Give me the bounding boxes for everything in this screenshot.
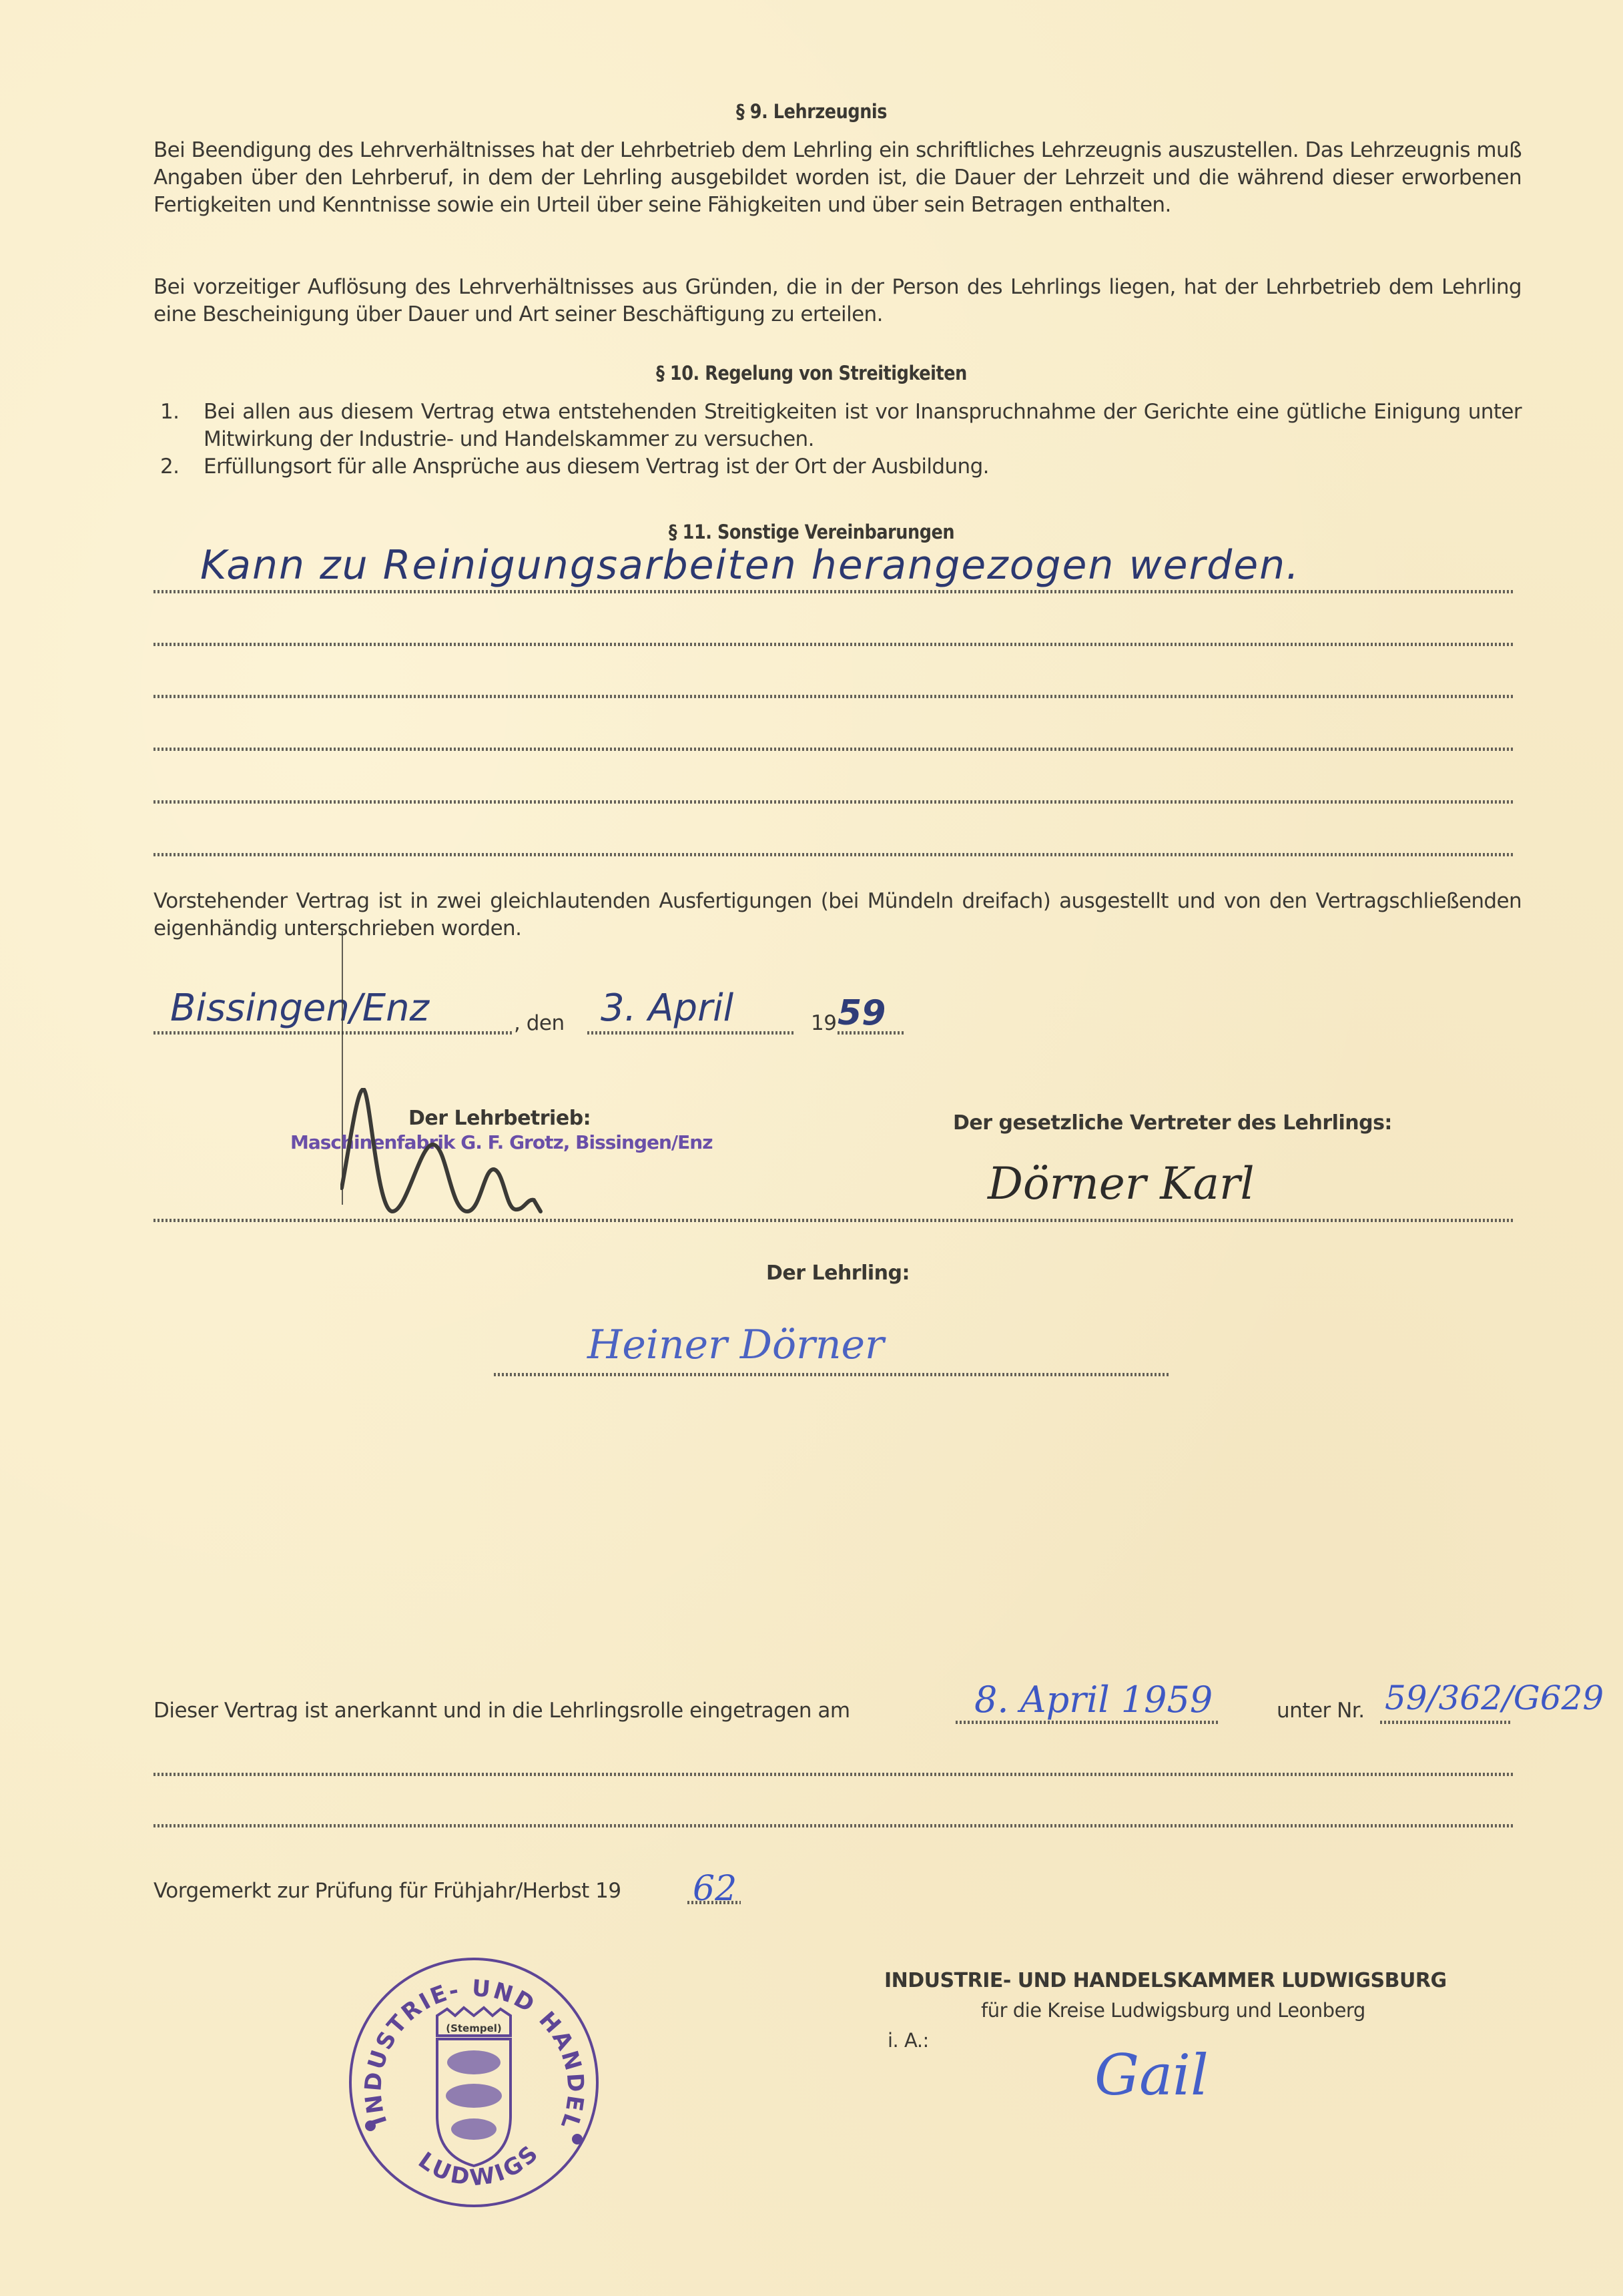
section-10-list: 1. Bei allen aus diesem Vertrag etwa ent… xyxy=(160,398,1522,481)
ia-label: i. A.: xyxy=(888,2029,929,2052)
agreement-line-1 xyxy=(153,590,1515,593)
agreement-line-2 xyxy=(153,643,1515,646)
exam-text: Vorgemerkt zur Prüfung für Frühjahr/Herb… xyxy=(153,1879,621,1903)
agreement-line-5 xyxy=(153,800,1515,804)
closing-paragraph: Vorstehender Vertrag ist in zwei gleichl… xyxy=(153,888,1522,942)
registration-date-line xyxy=(956,1721,1219,1724)
lehrling-line xyxy=(494,1373,1169,1376)
registration-number: 59/362/G629 xyxy=(1385,1679,1604,1717)
agreement-line-3 xyxy=(153,695,1515,698)
list-text: Erfüllungsort für alle Ansprüche aus die… xyxy=(204,453,1522,481)
lehrling-signature: Heiner Dörner xyxy=(587,1322,884,1368)
signature-line-1 xyxy=(153,1219,1515,1222)
section-11-heading: § 11. Sonstige Vereinbarungen xyxy=(97,521,1526,543)
agreement-line-6 xyxy=(153,853,1515,856)
list-number: 2. xyxy=(160,453,204,481)
registration-date: 8. April 1959 xyxy=(974,1679,1213,1721)
agreement-line-4 xyxy=(153,748,1515,751)
registration-text: Dieser Vertrag ist anerkannt und in die … xyxy=(153,1699,850,1723)
lehrbetrieb-signature xyxy=(340,1088,621,1221)
paragraph-text: Bei Beendigung des Lehrverhältnisses hat… xyxy=(153,137,1522,219)
date-handwritten: 3. April xyxy=(601,986,733,1030)
paragraph-text: Bei vorzeitiger Auflösung des Lehrverhäl… xyxy=(153,274,1522,328)
den-label: , den xyxy=(514,1011,565,1035)
paragraph-text: Vorstehender Vertrag ist in zwei gleichl… xyxy=(153,888,1522,942)
registration-line-3 xyxy=(153,1824,1515,1827)
lehrling-label: Der Lehrling: xyxy=(766,1261,910,1285)
vertreter-signature: Dörner Karl xyxy=(988,1158,1255,1209)
chamber-subtitle: für die Kreise Ludwigsburg und Leonberg xyxy=(981,1999,1365,2022)
seal-dot-left xyxy=(365,2120,376,2131)
date-line xyxy=(587,1031,794,1035)
seal-inner-text: (Stempel) xyxy=(446,2022,502,2034)
list-number: 1. xyxy=(160,398,204,453)
section-10-heading: § 10. Regelung von Streitigkeiten xyxy=(97,362,1526,384)
place-handwritten: Bissingen/Enz xyxy=(170,986,429,1030)
handwritten-agreement: Kann zu Reinigungsarbeiten herangezogen … xyxy=(200,542,1300,589)
nr-label: unter Nr. xyxy=(1277,1699,1365,1723)
seal-dot-right xyxy=(572,2134,583,2144)
place-line xyxy=(153,1031,514,1035)
chamber-name: INDUSTRIE- UND HANDELSKAMMER LUDWIGSBURG xyxy=(884,1969,1447,1992)
year-line xyxy=(838,1031,904,1035)
year-handwritten: 59 xyxy=(838,993,886,1033)
vertreter-label: Der gesetzliche Vertreter des Lehrlings: xyxy=(953,1111,1392,1135)
list-text: Bei allen aus diesem Vertrag etwa entste… xyxy=(204,398,1522,453)
registration-line-2 xyxy=(153,1773,1515,1776)
registration-number-line xyxy=(1380,1721,1510,1724)
year-prefix: 19 xyxy=(811,1011,836,1035)
section-9-paragraph-2: Bei vorzeitiger Auflösung des Lehrverhäl… xyxy=(153,274,1522,328)
list-item: 1. Bei allen aus diesem Vertrag etwa ent… xyxy=(160,398,1522,453)
section-9-paragraph-1: Bei Beendigung des Lehrverhältnisses hat… xyxy=(153,137,1522,219)
chamber-signature: Gail xyxy=(1094,2042,1209,2108)
section-9-heading: § 9. Lehrzeugnis xyxy=(97,100,1526,123)
exam-year-line xyxy=(687,1901,741,1904)
list-item: 2. Erfüllungsort für alle Ansprüche aus … xyxy=(160,453,1522,481)
chamber-seal: INDUSTRIE- UND HANDELSKAMMER LUDWIGSBURG… xyxy=(340,1949,607,2216)
